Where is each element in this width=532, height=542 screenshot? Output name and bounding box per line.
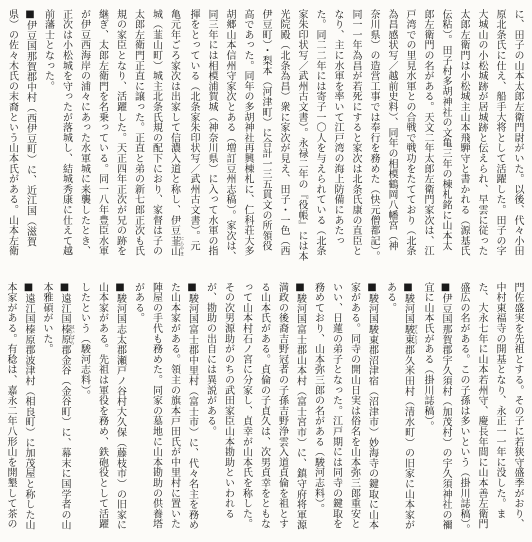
text-column: 陣屋の手代も務めた。同家の墓地に山本勘助の供養塔 [147,282,165,538]
text-column: ■伊豆国那賀郡宇久須村（加茂村）の宇久須神社の禰 [436,282,454,538]
text-column: ■駿河国富士郡中里村（富士市）に、代々名主を務め [183,282,201,538]
text-column: た山本家がある。領主の旗本戸田氏が中里村に置いた [165,282,183,538]
text-column: 城（韮山町）城主北条氏規の配下におり、家督は子の [147,9,165,265]
text-column: 県）の佐々木氏の末裔という山本氏がある。山本左衛 [3,9,21,265]
text-column: がある。 [129,282,147,538]
text-column: したという（駿河志料）。 [75,282,93,538]
text-column: 為昌感状写／越前史料）、同年の相模鶴岡八幡宮（神 [382,9,400,265]
text-column: 同一一年為昌が若死にすると家次は北条氏康の直臣と [346,9,364,265]
text-column: ■駿河国富士郡山本村（富士宮市）に、鎮守府将軍源 [291,282,309,538]
text-column: 揮をとっている（北条家朱印状写／武州古文書）。元 [184,9,202,265]
text-column: 太郎左衛門は小松城主山本飛騨守と書かれる（源基氏 [454,9,472,265]
dictionary-page: に、田子の山本太郎左衛門尉がいた。以後、代々小田原北条氏に仕え、船手大将として活… [0,0,532,542]
text-column: 本家がある。有稔は、嘉永二年八形山を開墾して茶の [1,282,19,538]
text-column: その次男源助がのちの武田家臣山本勘助といわれる [219,282,237,538]
text-column: 原北条氏に仕え、船手大将として活躍した。田子の字 [490,9,508,265]
text-column: が伊豆西海岸の浦々にあった水軍城に来襲したとき、 [75,9,93,265]
text-column: ■駿河国駿東すんとう郡久米田村（清水町）の旧家に山本家が [399,282,419,538]
text-column: 家朱印状写／武州古文書）。永禄二年の『役帳』には本 [292,9,310,265]
text-column: 太郎左衛門正直に譲った。正直と弟の新七郎正次も氏 [129,9,147,265]
text-column: ■駿河国駿東郡沼津宿（沼津市）妙海寺の鍵取に山本 [363,282,381,538]
text-column: 務めており、山本弥三郎の名がある（駿河志料）。 [309,282,327,538]
text-column: 光院殿（北条為昌）衆に家次が見え、田子・一色（西 [274,9,292,265]
text-column: 亀元年ごろ家次は出家して信濃入道と称し、伊豆韮山にらやま [165,9,185,265]
text-column: 門佐盛実を先祖とする。その子に若狭守盛季がおり、 [508,282,526,538]
text-column: 大城山の小松城跡が居城跡と伝えられ、早雲に従った [472,9,490,265]
text-column: 宜に山本氏がある（掛川誌稿）。 [418,282,436,538]
text-column: って山本村石ノ宮に分家し、貞幸が山本氏を称した。 [237,282,255,538]
text-column: 正次は小松城を守ったが落城し、結城秀康に仕えて越 [57,9,75,265]
text-column: 継ぎ、太郎左衛門を名乗っている。同一八年豊臣水軍 [93,9,111,265]
text-column: た。同二二年には寄子一〇人を与えられている（北条 [310,9,328,265]
text-column: 前藩士となった。 [39,9,57,265]
text-column: なり、主に水軍を率いて江戸湾の海上防備にあたっ [328,9,346,265]
text-column: 家がある。同寺の開山日実は俗名を山本弥三郎重安と [345,282,363,538]
text-block-upper: に、田子の山本太郎左衛門尉がいた。以後、代々小田原北条氏に仕え、船手大将として活… [3,9,527,265]
text-column: た、大永七年に山本若州守、慶長年間に山本善左衛門 [472,282,490,538]
text-column: る山本氏がある。貞倫の子貞久は、次男貞幸をともな [255,282,273,538]
text-block-lower: 門佐盛実を先祖とする。その子に若狭守盛季がおり、中村東福寺の開基となり、永正一一… [1,282,526,538]
text-column: ■遠江国榛原郡波津村（相良町）に加茂屋と称した山 [19,282,37,538]
text-column: 本雅碩がいた。 [37,282,55,538]
text-column: ■駿河国志太郡瀬戸ノ谷村大久保（藤枝市）の旧家に [111,282,129,538]
text-column: に、田子の山本太郎左衛門尉がいた。以後、代々小田 [508,9,526,265]
text-column: 同三年には相模浦賀城（神奈川県）に入って水軍の指 [202,9,220,265]
text-column: 郎左衛門の名がある。天文二年太郎左衛門家次は、江 [418,9,436,265]
text-column: いい、日蓮の弟子となった。江戸期には同寺の鍵取を [327,282,345,538]
text-column: ある。 [381,282,399,538]
text-column: 奈川県）の造営工事では奉行を務めた（快元僧都記）。 [364,9,382,265]
text-column: ■伊豆国那賀郡中村（西伊豆町）に、近江国（滋賀 [21,9,39,265]
text-column: 胡郷山本信州守家次とある（増訂豆州志稿）。家次は、 [220,9,238,265]
text-column: 高であった。同年の多胡神社再興棟札に、仁科荘大多 [238,9,256,265]
text-column: ■遠江国榛原はいばら郡金谷（金谷町）に、幕末に国学者の山 [55,282,75,538]
text-column: 満政の後裔吉野冠者の子孫吉野浄雲入道貞倫を祖とす [273,282,291,538]
text-column: 山本家がある。先祖は軍役を務め、鉄砲役として活躍 [93,282,111,538]
text-column: 伊豆町）・梨本（河津町）に合計一三五貫文の所領役 [256,9,274,265]
text-column: が、勘助の出自には異説がある。 [201,282,219,538]
text-column: 盛広の名がある。この子孫は多いという（掛川誌稿）。 [454,282,472,538]
text-column: 戸湾での里見水軍との合戦で戦功をたてており（北条 [400,9,418,265]
text-column: 伝粘）。田子村多胡神社の文亀三年の棟札銘に山本太 [436,9,454,265]
text-column: 規の家臣となり、活躍した。天正四年正次が兄の跡を [111,9,129,265]
text-column: 中村東福寺の開基となり、永正一一年に没した。ま [490,282,508,538]
